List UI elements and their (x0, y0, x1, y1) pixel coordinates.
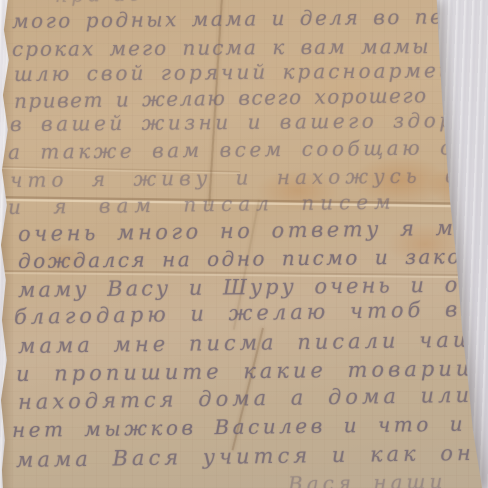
handwritten-line: шлю свой горячий красноармейский (14, 60, 488, 84)
handwritten-line: мого родных мама и деля во первых (12, 6, 488, 31)
handwritten-line: благодарю и желаю чтоб вы (14, 299, 483, 328)
handwritten-line: находятся дома а дома или (18, 385, 473, 413)
handwritten-line: сроках мего писма к вам мамы (12, 36, 431, 59)
handwritten-line: и пропишите какие товарищи (16, 358, 488, 385)
handwritten-line: что я живу и нахожусь в Д Н (10, 164, 488, 190)
handwritten-line: при ад (55, 0, 145, 6)
letter-paper: при ад мого родных мама и деля во первых… (0, 0, 488, 488)
handwritten-line: маму Васу и Шуру очень и очень (18, 274, 488, 301)
handwritten-line: а также вам всем сообщаю о том (8, 137, 488, 162)
handwritten-line: дождался на одно писмо и закоторое (18, 246, 488, 271)
handwritten-line: привет и желаю всего хорошего (14, 85, 428, 111)
handwritten-line: в вашей жизни и вашего здоровья (10, 110, 488, 134)
handwritten-line: мама мне писма писали чаще (18, 329, 488, 357)
letter-paper-shadow: при ад мого родных мама и деля во первых… (0, 0, 488, 488)
handwritten-line: и я вам писал писем (8, 192, 397, 217)
photo-of-handwritten-letter: при ад мого родных мама и деля во первых… (0, 0, 488, 488)
handwritten-line: нет мыжков Василев и что и как (12, 413, 488, 440)
handwritten-line: Вася наши (288, 471, 447, 488)
handwritten-line: мама Вася учится и как он (16, 443, 475, 471)
handwritten-line: очень много но ответу я мама (18, 217, 488, 245)
